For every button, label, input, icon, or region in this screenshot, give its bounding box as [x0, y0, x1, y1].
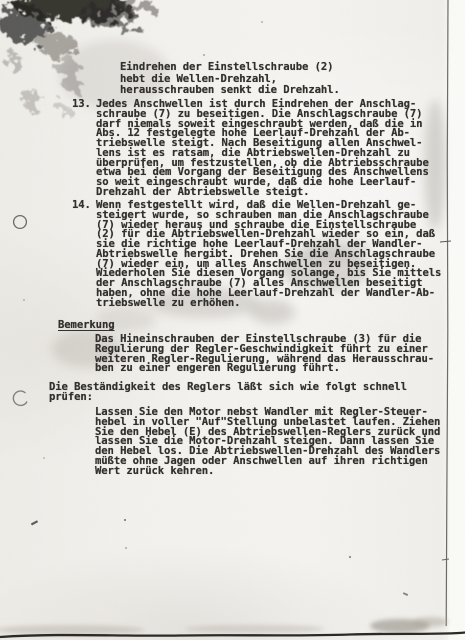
page-edge-line-right	[440, 0, 465, 640]
item-13-number: 13.	[72, 100, 91, 110]
scanned-page: Eindrehen der Einstellschraube (2) hebt …	[0, 0, 465, 640]
bottom-edge-shadow	[0, 617, 448, 635]
procedure-body: Lassen Sie den Motor nebst Wandler mit R…	[95, 408, 440, 476]
remark-heading: Bemerkung	[58, 321, 115, 331]
remark-body: Das Hineinschrauben der Einstellschraube…	[95, 335, 434, 374]
punch-hole-ring	[14, 216, 27, 229]
item-13-body: Jedes Anschwellen ist durch Eindrehen de…	[96, 100, 429, 198]
item-14-body: Wenn festgestellt wird, daß die Wellen-D…	[96, 201, 441, 308]
bottom-edge-line	[0, 633, 465, 638]
punch-hole-ring-partial	[13, 391, 27, 405]
check-intro: Die Beständigkeit des Reglers läßt sich …	[49, 382, 407, 402]
item-14-number: 14.	[72, 201, 91, 211]
intro-note: Eindrehen der Einstellschraube (2) hebt …	[120, 62, 340, 97]
